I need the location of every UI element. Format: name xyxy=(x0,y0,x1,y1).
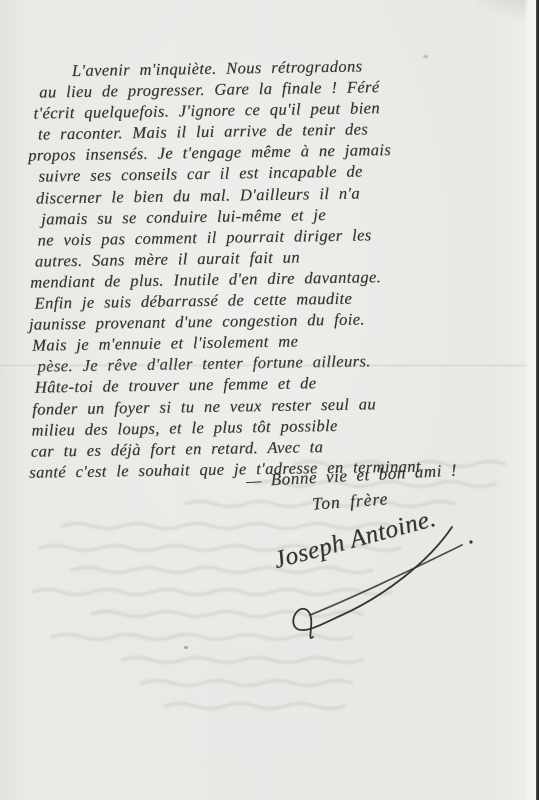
letter-page-scan: L'avenir m'inquiète. Nous rétrogradons a… xyxy=(0,0,539,800)
letter-body: L'avenir m'inquiète. Nous rétrogradons a… xyxy=(0,53,533,483)
ink-speck xyxy=(423,55,428,58)
scan-bright-strip xyxy=(524,0,536,800)
ink-speck xyxy=(184,646,188,649)
fold-crease xyxy=(0,364,536,368)
